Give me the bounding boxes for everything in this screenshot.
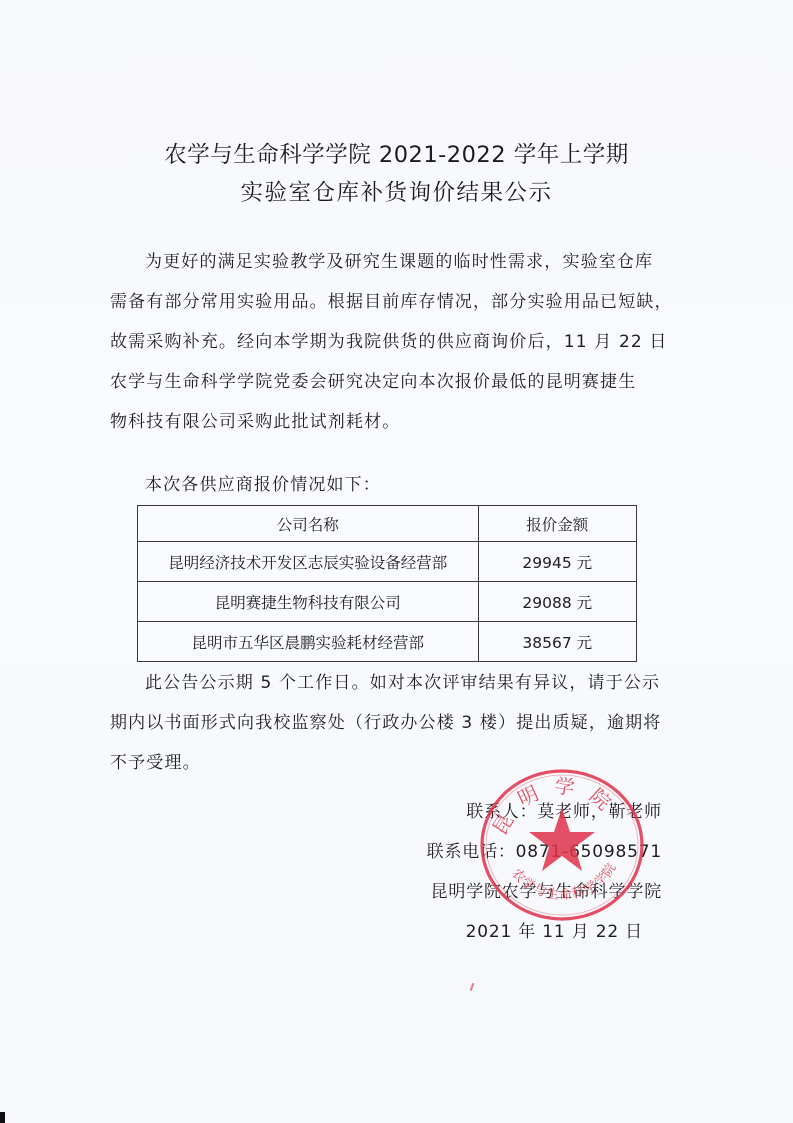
contact-persons: 联系人：莫老师，靳老师	[466, 797, 662, 822]
document-page: 农学与生命科学学院 2021-2022 学年上学期 实验室仓库补货询价结果公示 …	[0, 0, 793, 1123]
document-title-line-2: 实验室仓库补货询价结果公示	[0, 175, 793, 207]
table-header-row: 公司名称 报价金额	[138, 506, 637, 542]
scan-edge-mark	[0, 1112, 5, 1123]
company-cell: 昆明赛捷生物科技有限公司	[138, 582, 479, 622]
table-intro: 本次各供应商报价情况如下：	[145, 470, 662, 495]
paragraph-line: 为更好的满足实验教学及研究生课题的临时性需求，实验室仓库	[145, 247, 662, 272]
paragraph-line: 不予受理。	[110, 748, 662, 773]
table-row: 昆明经济技术开发区志辰实验设备经营部 29945 元	[138, 542, 637, 582]
document-title-line-1: 农学与生命科学学院 2021-2022 学年上学期	[0, 137, 793, 169]
contact-phone: 联系电话：0871-65098571	[427, 837, 662, 862]
paragraph-line: 需备有部分常用实验用品。根据目前库存情况，部分实验用品已短缺，	[110, 287, 662, 312]
price-cell: 29088 元	[478, 582, 636, 622]
paragraph-line: 期内以书面形式向我校监察处（行政办公楼 3 楼）提出质疑，逾期将	[110, 708, 662, 733]
paragraph-line: 农学与生命科学学院党委会研究决定向本次报价最低的昆明赛捷生	[110, 367, 662, 392]
company-cell: 昆明经济技术开发区志辰实验设备经营部	[138, 542, 479, 582]
column-header-price: 报价金额	[478, 506, 636, 542]
paragraph-line: 物科技有限公司采购此批试剂耗材。	[110, 407, 662, 432]
price-cell: 38567 元	[478, 622, 636, 662]
table-row: 昆明市五华区晨鹏实验耗材经营部 38567 元	[138, 622, 637, 662]
paragraph-line: 故需采购补充。经向本学期为我院供货的供应商询价后，11 月 22 日	[110, 327, 662, 352]
paragraph-line: 此公告公示期 5 个工作日。如对本次评审结果有异议，请于公示	[145, 668, 662, 693]
column-header-company: 公司名称	[138, 506, 479, 542]
price-cell: 29945 元	[478, 542, 636, 582]
issuing-organization: 昆明学院农学与生命科学学院	[431, 877, 662, 902]
quote-table: 公司名称 报价金额 昆明经济技术开发区志辰实验设备经营部 29945 元 昆明赛…	[137, 505, 637, 662]
issue-date: 2021 年 11 月 22 日	[466, 917, 643, 942]
table-row: 昆明赛捷生物科技有限公司 29088 元	[138, 582, 637, 622]
scan-speck	[470, 983, 475, 991]
company-cell: 昆明市五华区晨鹏实验耗材经营部	[138, 622, 479, 662]
